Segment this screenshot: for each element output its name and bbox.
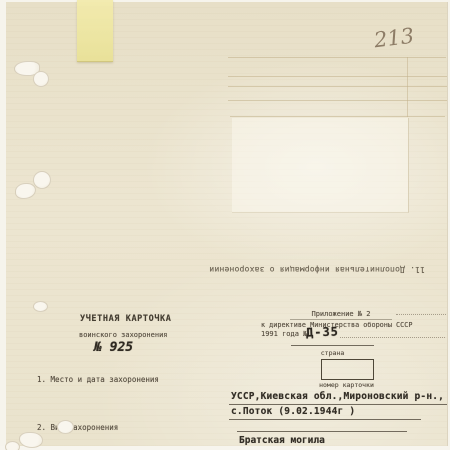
paper-stain	[57, 420, 74, 434]
location-line2: с.Поток (9.02.1944г )	[231, 406, 355, 417]
location-underline2	[229, 419, 421, 420]
bleed-line	[228, 76, 447, 77]
location-underline1	[229, 404, 447, 405]
annex-dash-line	[396, 314, 446, 315]
paper-stain	[33, 301, 48, 312]
paper-stain	[33, 71, 49, 87]
bleed-line	[228, 57, 446, 58]
annex-year-line: 1991 года №	[261, 330, 307, 338]
paper-stain	[5, 441, 20, 450]
section2-label: 2. Вид захоронения	[37, 423, 118, 432]
scan-edge	[0, 446, 450, 450]
location-line1: УССР,Киевская обл.,Мироновский р-н.,	[231, 391, 444, 402]
paper-stain	[19, 432, 43, 448]
bleed-through-box	[232, 118, 409, 213]
burial-type: Братская могила	[239, 435, 325, 446]
adhesive-tape	[77, 0, 113, 62]
section1-label: 1. Место и дата захоронения	[37, 375, 159, 384]
card-subtitle: воинского захоронения	[79, 331, 168, 339]
scanned-document: 213 11. Дополнительная информация о захо…	[0, 0, 450, 450]
bleed-line-vertical	[407, 57, 408, 117]
country-label: страна	[291, 349, 374, 357]
bleed-line	[228, 100, 447, 101]
bleed-line	[230, 116, 445, 117]
paper-stain	[33, 171, 51, 189]
card-number: № 925	[94, 340, 133, 355]
card-number-box	[321, 359, 374, 380]
card-title: УЧЕТНАЯ КАРТОЧКА	[80, 314, 171, 324]
annex-underline	[290, 319, 392, 320]
card-number-label: номер карточки	[305, 381, 388, 389]
bleed-line	[228, 86, 447, 87]
directive-dotted-line	[340, 337, 445, 338]
country-rule	[291, 345, 374, 346]
location-underline3	[237, 431, 407, 432]
annex-heading: Приложение № 2	[288, 310, 394, 318]
handwritten-directive-number: Д-35	[306, 324, 339, 339]
reverse-side-caption: 11. Дополнительная информация о захороне…	[214, 262, 425, 274]
handwritten-page-number: 213	[373, 24, 416, 53]
